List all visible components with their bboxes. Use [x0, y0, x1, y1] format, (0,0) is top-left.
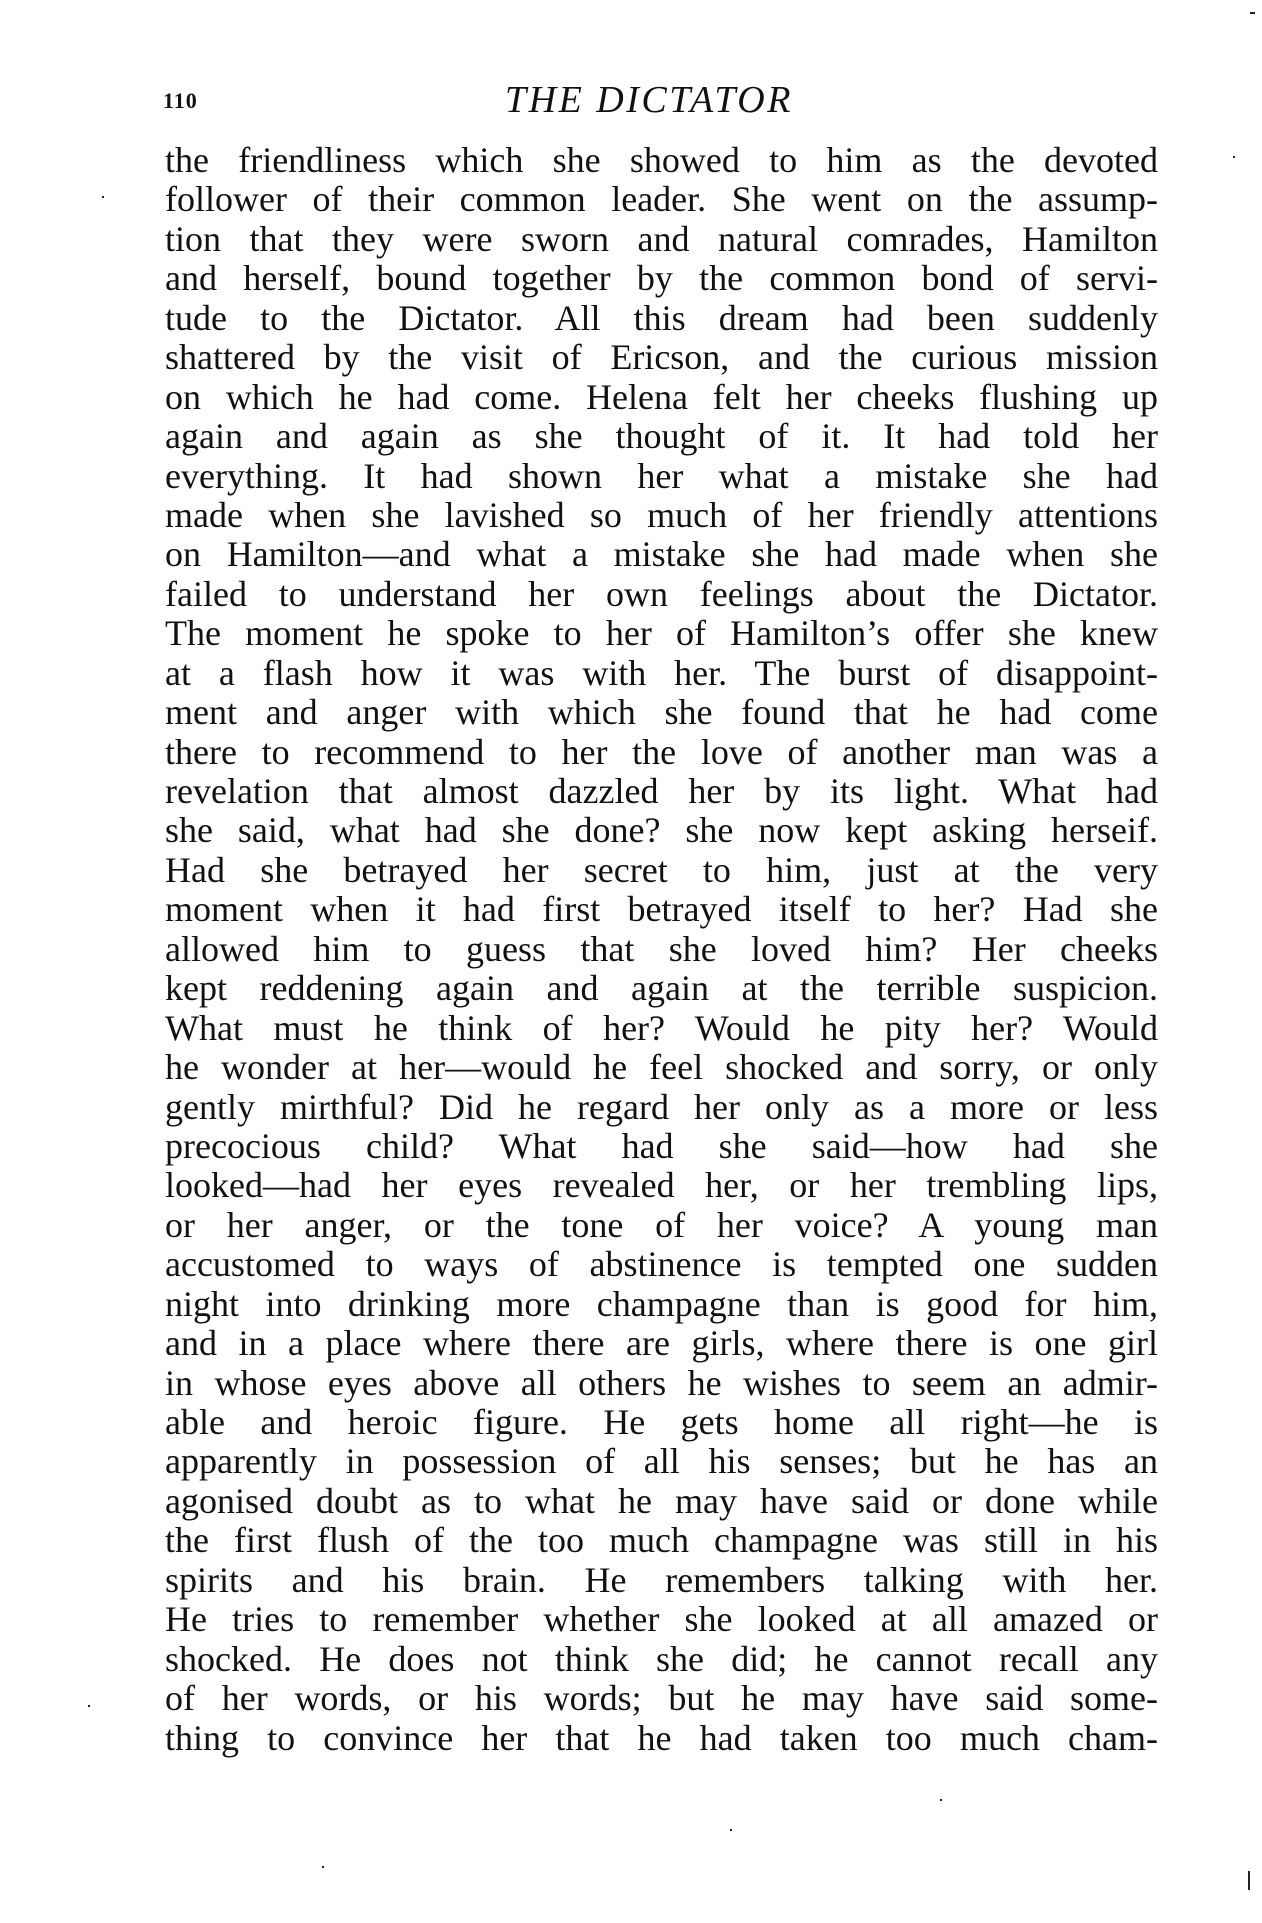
text-line: The moment he spoke to her of Hamilton’s… — [165, 614, 1158, 653]
text-line: follower of their common leader. She wen… — [165, 180, 1158, 219]
text-line: He tries to remember whether she looked … — [165, 1600, 1158, 1639]
text-line: What must he think of her? Would he pity… — [165, 1009, 1158, 1048]
text-line: failed to understand her own feelings ab… — [165, 575, 1158, 614]
text-line: everything. It had shown her what a mist… — [165, 457, 1158, 496]
text-line: she said, what had she done? she now kep… — [165, 811, 1158, 850]
body-text: the friendliness which she showed to him… — [165, 141, 1158, 1758]
text-line: kept reddening again and again at the te… — [165, 969, 1158, 1008]
text-line: again and again as she thought of it. It… — [165, 417, 1158, 456]
page-number: 110 — [163, 88, 198, 114]
text-line: able and heroic figure. He gets home all… — [165, 1403, 1158, 1442]
text-line: revelation that almost dazzled her by it… — [165, 772, 1158, 811]
running-head: 110 THE DICTATOR — [0, 0, 1262, 130]
scan-speck — [1248, 1871, 1250, 1890]
text-line: there to recommend to her the love of an… — [165, 733, 1158, 772]
text-line: apparently in possession of all his sens… — [165, 1442, 1158, 1481]
text-line: spirits and his brain. He remembers talk… — [165, 1561, 1158, 1600]
text-line: tion that they were sworn and natural co… — [165, 220, 1158, 259]
text-line: moment when it had first betrayed itself… — [165, 890, 1158, 929]
text-line: agonised doubt as to what he may have sa… — [165, 1482, 1158, 1521]
text-line: or her anger, or the tone of her voice? … — [165, 1206, 1158, 1245]
text-line: ment and anger with which she found that… — [165, 693, 1158, 732]
book-page: 110 THE DICTATOR the friendliness which … — [0, 0, 1262, 1923]
text-line: thing to convince her that he had taken … — [165, 1719, 1158, 1758]
text-line: and herself, bound together by the commo… — [165, 259, 1158, 298]
text-line: made when she lavished so much of her fr… — [165, 496, 1158, 535]
text-line: of her words, or his words; but he may h… — [165, 1679, 1158, 1718]
text-line: and in a place where there are girls, wh… — [165, 1324, 1158, 1363]
text-line: on which he had come. Helena felt her ch… — [165, 378, 1158, 417]
text-line: at a flash how it was with her. The burs… — [165, 654, 1158, 693]
text-line: accustomed to ways of abstinence is temp… — [165, 1245, 1158, 1284]
scan-speck — [1233, 156, 1235, 158]
text-line: he wonder at her—would he feel shocked a… — [165, 1048, 1158, 1087]
text-line: allowed him to guess that she loved him?… — [165, 930, 1158, 969]
text-line: precocious child? What had she said—how … — [165, 1127, 1158, 1166]
scan-speck — [730, 1829, 732, 1831]
text-line: night into drinking more champagne than … — [165, 1285, 1158, 1324]
scan-speck — [940, 1799, 942, 1801]
text-line: the friendliness which she showed to him… — [165, 141, 1158, 180]
scan-speck — [88, 1705, 90, 1707]
text-line: in whose eyes above all others he wishes… — [165, 1364, 1158, 1403]
text-line: gently mirthful? Did he regard her only … — [165, 1088, 1158, 1127]
text-line: the first flush of the too much champagn… — [165, 1521, 1158, 1560]
text-line: tude to the Dictator. All this dream had… — [165, 299, 1158, 338]
text-line: shattered by the visit of Ericson, and t… — [165, 338, 1158, 377]
text-line: on Hamilton—and what a mistake she had m… — [165, 535, 1158, 574]
scan-speck — [322, 1866, 324, 1868]
text-line: shocked. He does not think she did; he c… — [165, 1640, 1158, 1679]
running-title: THE DICTATOR — [505, 80, 823, 120]
text-line: looked—had her eyes revealed her, or her… — [165, 1166, 1158, 1205]
text-line: Had she betrayed her secret to him, just… — [165, 851, 1158, 890]
scan-speck — [102, 196, 104, 198]
scan-speck — [1250, 12, 1255, 14]
